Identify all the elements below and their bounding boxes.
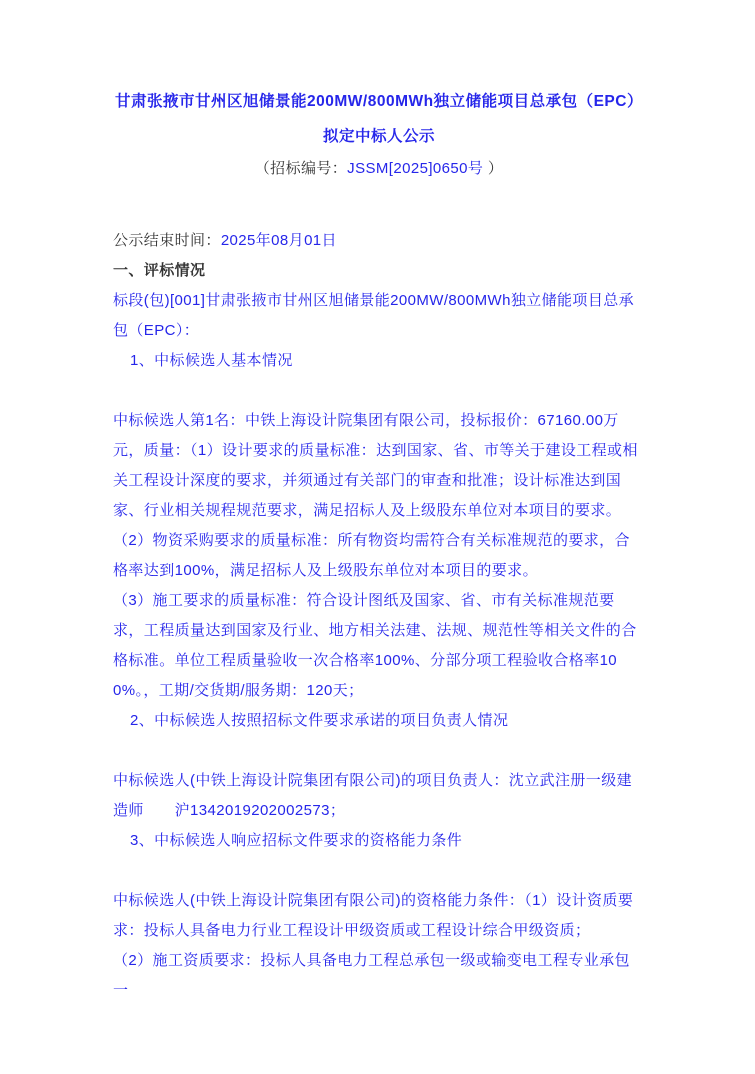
section1-heading: 一、评标情况 [113, 256, 645, 286]
construction-qualification-paragraph: （2）施工资质要求：投标人具备电力工程总承包一级或输变电工程专业承包一 [113, 946, 645, 1006]
spacer [113, 376, 645, 406]
tender-number-prefix: （招标编号： [255, 160, 347, 177]
tender-number-suffix: ） [483, 160, 503, 177]
document-page: 甘肃张掖市甘州区旭储景能200MW/800MWh独立储能项目总承包（EPC）拟定… [0, 0, 755, 1074]
tender-number-line: （招标编号：JSSM[2025]0650号 ） [113, 154, 645, 184]
document-body: 公示结束时间：2025年08月01日 一、评标情况 标段(包)[001]甘肃张掖… [113, 226, 645, 1006]
publicity-end-label: 公示结束时间： [113, 232, 221, 249]
qualification-paragraph: 中标候选人(中铁上海设计院集团有限公司)的资格能力条件：（1）设计资质要求：投标… [113, 886, 645, 946]
item2-heading: 2、中标候选人按照招标文件要求承诺的项目负责人情况 [113, 706, 645, 736]
tender-number-value: JSSM[2025]0650号 [347, 160, 483, 177]
construction-quality-paragraph: （3）施工要求的质量标准：符合设计图纸及国家、省、市有关标准规范要求，工程质量达… [113, 586, 645, 706]
publicity-end-date: 2025年08月01日 [221, 232, 337, 249]
item1-heading: 1、中标候选人基本情况 [113, 346, 645, 376]
material-quality-paragraph: （2）物资采购要求的质量标准：所有物资均需符合有关标准规范的要求，合格率达到10… [113, 526, 645, 586]
spacer [113, 856, 645, 886]
spacer [113, 736, 645, 766]
item3-heading: 3、中标候选人响应招标文件要求的资格能力条件 [113, 826, 645, 856]
document-title: 甘肃张掖市甘州区旭储景能200MW/800MWh独立储能项目总承包（EPC）拟定… [113, 84, 645, 154]
lot-paragraph: 标段(包)[001]甘肃张掖市甘州区旭储景能200MW/800MWh独立储能项目… [113, 286, 645, 346]
project-manager-paragraph: 中标候选人(中铁上海设计院集团有限公司)的项目负责人：沈立武注册一级建造师 沪1… [113, 766, 645, 826]
publicity-end-line: 公示结束时间：2025年08月01日 [113, 226, 645, 256]
candidate-paragraph: 中标候选人第1名：中铁上海设计院集团有限公司，投标报价：67160.00万元，质… [113, 406, 645, 526]
